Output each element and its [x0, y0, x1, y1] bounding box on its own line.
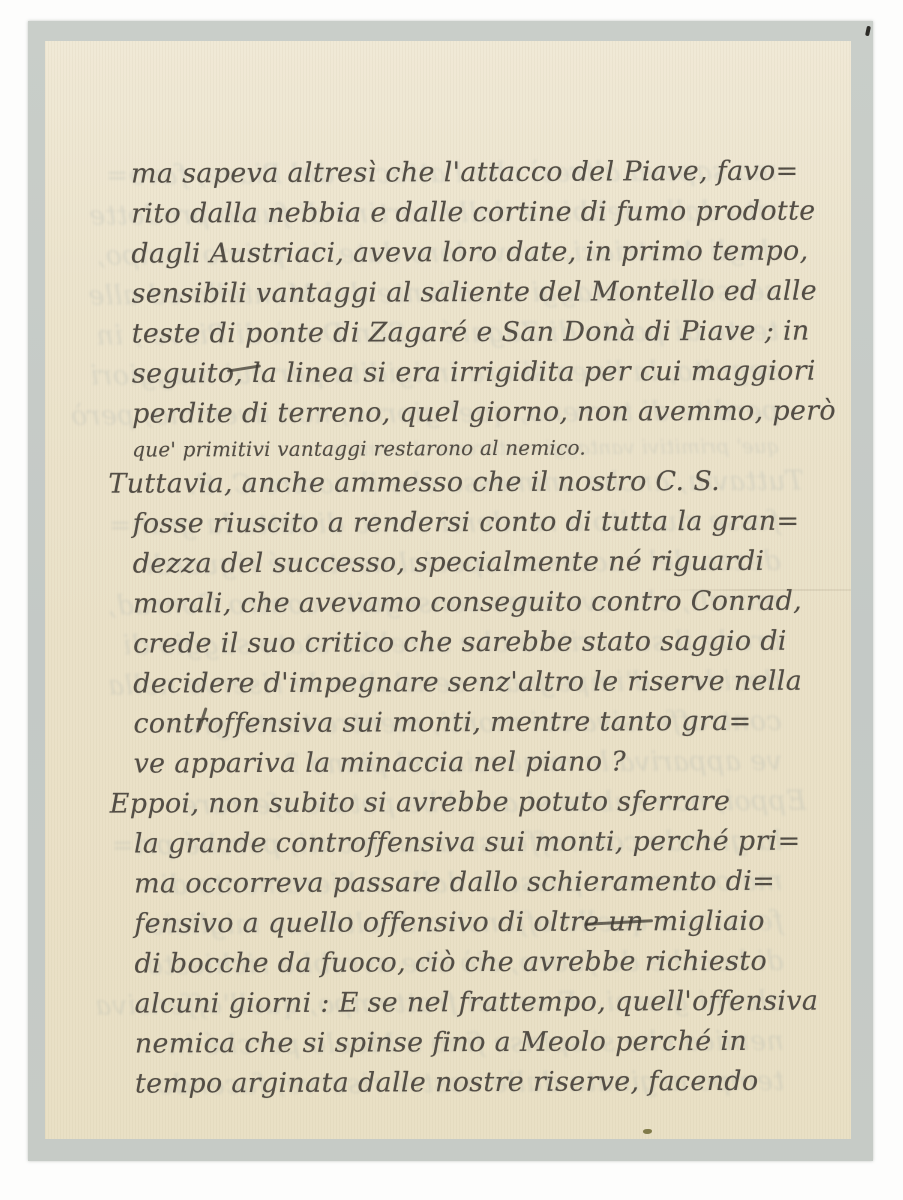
handwritten-line-20: fensivo a quello offensivo di oltre un m…	[134, 901, 844, 944]
ink-speck	[643, 1129, 652, 1134]
handwritten-line-5: teste di ponte di Zagaré e San Donà di P…	[132, 311, 842, 354]
handwritten-line-10: fosse riuscito a rendersi conto di tutta…	[132, 501, 842, 544]
handwritten-line-4: sensibili vantaggi al saliente del Monte…	[131, 271, 841, 314]
letter-paper: ma sapeva altresì che l'attacco del Piav…	[45, 41, 851, 1139]
text-layer: ma sapeva altresì che l'attacco del Piav…	[131, 151, 845, 1104]
letter-sheet: ma sapeva altresì che l'attacco del Piav…	[28, 21, 873, 1161]
handwritten-line-24: tempo arginata dalle nostre riserve, fac…	[135, 1061, 845, 1104]
handwritten-line-9: Tuttavia, anche ammesso che il nostro C.…	[108, 461, 842, 504]
photo-backdrop: ma sapeva altresì che l'attacco del Piav…	[0, 0, 903, 1200]
handwritten-line-18: la grande controffensiva sui monti, perc…	[134, 821, 844, 864]
handwritten-line-1: ma sapeva altresì che l'attacco del Piav…	[131, 151, 841, 194]
handwritten-line-21: di bocche da fuoco, ciò che avrebbe rich…	[134, 941, 844, 984]
handwritten-line-3: dagli Austriaci, aveva loro date, in pri…	[131, 231, 841, 274]
handwritten-line-16: ve appariva la minaccia nel piano ?	[134, 741, 844, 784]
corner-ink-mark	[865, 26, 871, 37]
handwritten-line-13: crede il suo critico che sarebbe stato s…	[133, 621, 843, 664]
handwritten-line-22: alcuni giorni : E se nel frattempo, quel…	[135, 981, 845, 1024]
handwritten-line-17: Eppoi, non subito si avrebbe potuto sfer…	[110, 781, 844, 824]
handwritten-line-8: que' primitivi vantaggi restarono al nem…	[132, 431, 842, 464]
handwritten-line-2: rito dalla nebbia e dalle cortine di fum…	[131, 191, 841, 234]
handwritten-line-12: morali, che avevamo conseguito contro Co…	[133, 581, 843, 624]
handwritten-line-11: dezza del successo, specialmente né rigu…	[133, 541, 843, 584]
handwritten-line-15: controffensiva sui monti, mentre tanto g…	[133, 701, 843, 744]
handwritten-line-6: seguito, la linea si era irrigidita per …	[132, 351, 842, 394]
handwritten-line-7: perdite di terreno, quel giorno, non ave…	[132, 391, 842, 434]
handwritten-line-19: ma occorreva passare dallo schieramento …	[134, 861, 844, 904]
handwritten-line-14: decidere d'impegnare senz'altro le riser…	[133, 661, 843, 704]
handwritten-line-23: nemica che si spinse fino a Meolo perché…	[135, 1021, 845, 1064]
